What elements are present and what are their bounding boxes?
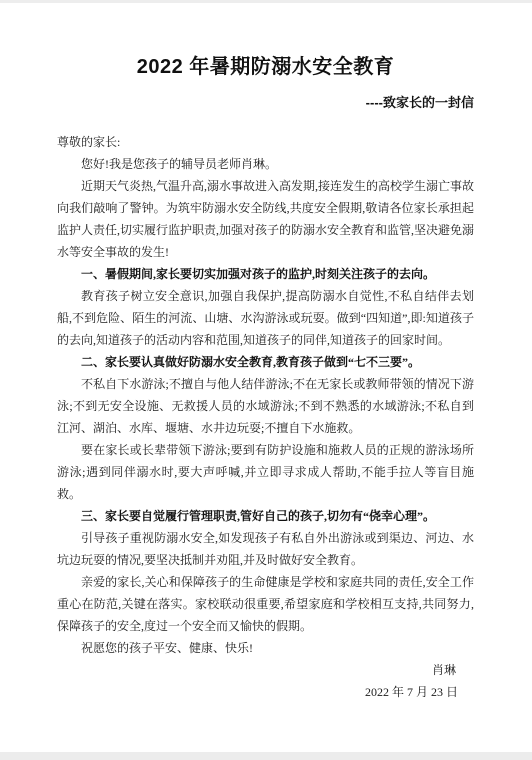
- paragraph-section-2a: 不私自下水游泳;不擅自与他人结伴游泳;不在无家长或教师带领的情况下游泳;不到无安…: [57, 373, 474, 439]
- section-heading-1: 一、暑假期间,家长要切实加强对孩子的监护,时刻关注孩子的去向。: [57, 263, 474, 285]
- document-title: 2022 年暑期防溺水安全教育: [57, 54, 474, 81]
- document-page: 2022 年暑期防溺水安全教育 ----致家长的一封信 尊敬的家长: 您好!我是…: [0, 0, 532, 760]
- paragraph-section-3: 引导孩子重视防溺水安全,如发现孩子有私自外出游泳或到渠边、河边、水坑边玩耍的情况…: [57, 527, 474, 571]
- letter-body: 尊敬的家长: 您好!我是您孩子的辅导员老师肖琳。 近期天气炎热,气温升高,溺水事…: [57, 131, 474, 703]
- paragraph-wishes: 祝愿您的孩子平安、健康、快乐!: [57, 637, 474, 659]
- salutation: 尊敬的家长:: [57, 131, 474, 153]
- letter-page: 2022 年暑期防溺水安全教育 ----致家长的一封信 尊敬的家长: 您好!我是…: [0, 3, 532, 703]
- paragraph-closing: 亲爱的家长,关心和保障孩子的生命健康是学校和家庭共同的责任,安全工作重心在防范,…: [57, 571, 474, 637]
- signature-name: 肖琳: [57, 659, 474, 681]
- bottom-edge-strip: [0, 752, 532, 760]
- paragraph-greeting: 您好!我是您孩子的辅导员老师肖琳。: [57, 153, 474, 175]
- section-heading-3: 三、家长要自觉履行管理职责,管好自己的孩子,切勿有“侥幸心理”。: [57, 505, 474, 527]
- section-heading-2: 二、家长要认真做好防溺水安全教育,教育孩子做到“七不三要”。: [57, 351, 474, 373]
- signature-date: 2022 年 7 月 23 日: [57, 681, 474, 703]
- document-subtitle: ----致家长的一封信: [57, 94, 474, 112]
- paragraph-section-2b: 要在家长或长辈带领下游泳;要到有防护设施和施救人员的正规的游泳场所游泳;遇到同伴…: [57, 439, 474, 505]
- paragraph-intro: 近期天气炎热,气温升高,溺水事故进入高发期,接连发生的高校学生溺亡事故向我们敲响…: [57, 175, 474, 263]
- paragraph-section-1: 教育孩子树立安全意识,加强自我保护,提高防溺水自觉性,不私自结伴去划船,不到危险…: [57, 285, 474, 351]
